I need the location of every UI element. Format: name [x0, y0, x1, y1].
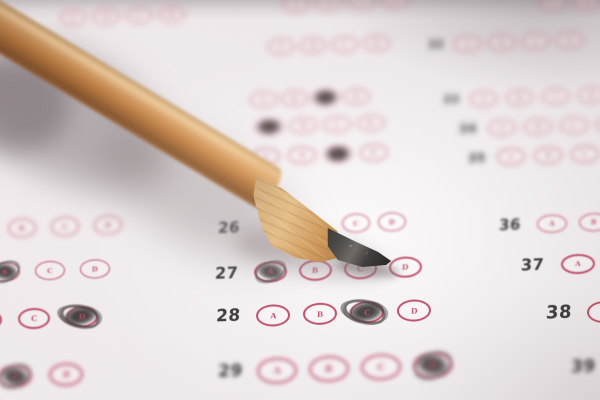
- bubble-letter: A: [273, 366, 281, 376]
- bubble-c: C: [571, 145, 600, 163]
- bubble-letter: B: [325, 364, 333, 374]
- bubble-b: B: [506, 89, 534, 106]
- bubble-b: B: [93, 8, 120, 25]
- question-number: 34: [459, 121, 477, 136]
- answer-row: ABCD: [250, 88, 370, 108]
- bubble-b-marked: B: [0, 262, 20, 282]
- bubble-letter: B: [19, 224, 25, 232]
- bubble-a: A: [540, 0, 567, 11]
- bubble-letter: C: [31, 314, 38, 323]
- answer-row: AB: [0, 363, 83, 389]
- question-number: 28: [216, 306, 242, 327]
- bubble-c: C: [51, 217, 80, 237]
- bubble-a: A: [257, 357, 298, 384]
- bubble-letter: C: [47, 267, 53, 275]
- bubble-letter: D: [368, 120, 373, 127]
- bubble-letter: D: [411, 306, 418, 315]
- bubble-letter: C: [334, 121, 339, 128]
- bubble-letter: D: [402, 263, 409, 272]
- bubble-c: C: [560, 117, 589, 134]
- bubble-letter: A: [261, 96, 266, 103]
- bubble-letter: C: [136, 12, 141, 19]
- bubble-c: C: [332, 36, 359, 53]
- bubble-letter: C: [323, 94, 328, 101]
- bubble-letter: A: [550, 0, 555, 6]
- bubble-a: A: [283, 0, 310, 12]
- bubble-letter: B: [292, 95, 297, 102]
- bubble-b: B: [289, 117, 318, 134]
- bubble-letter: B: [104, 13, 109, 20]
- bubble-letter: A: [266, 123, 271, 130]
- bubble-b: B: [316, 0, 343, 11]
- bubble-letter: B: [499, 39, 504, 46]
- bubble-letter: D: [389, 218, 395, 226]
- bubble-letter: D: [169, 11, 174, 18]
- answer-row: ABCD: [268, 35, 390, 55]
- answer-row: 33ABCD: [470, 87, 600, 108]
- answer-row: BCD: [0, 306, 98, 331]
- answer-row: AB: [540, 0, 600, 11]
- bubble-letter: B: [312, 266, 318, 275]
- bubble-c: C: [349, 0, 376, 10]
- answer-row: 35ABC: [497, 145, 600, 166]
- bubble-letter: A: [465, 40, 470, 47]
- bubble-a: A: [250, 91, 278, 108]
- bubble-d: D: [596, 116, 600, 133]
- bubble-d: D: [94, 215, 123, 235]
- bubble-b: B: [8, 218, 37, 238]
- bubble-b: B: [288, 146, 317, 164]
- answer-row: 29ABCD: [257, 352, 454, 385]
- bubble-letter: A: [293, 0, 298, 7]
- bubble-letter: B: [301, 122, 306, 129]
- bubble-d-marked: D: [66, 306, 99, 328]
- bubble-c: C: [126, 7, 153, 24]
- answer-row: ABCD: [255, 115, 385, 136]
- bubble-letter: A: [499, 125, 504, 132]
- bubble-a: A: [537, 214, 568, 233]
- question-number: 26: [218, 217, 241, 236]
- bubble-d-marked: D: [413, 352, 454, 379]
- bubble-letter: D: [92, 265, 98, 273]
- bubble-letter: C: [342, 41, 347, 48]
- bubble-letter: A: [267, 268, 274, 277]
- bubble-letter: C: [533, 38, 538, 45]
- bubble-a-marked: A: [255, 118, 284, 135]
- bubble-c: C: [522, 33, 550, 50]
- bubble-letter: B: [327, 0, 332, 6]
- bubble-c: C: [361, 353, 402, 380]
- answer-row: 34ABCD: [488, 116, 600, 137]
- answer-row: ABCD: [283, 0, 408, 12]
- bubble-d: D: [556, 32, 584, 49]
- bubble-letter: D: [589, 92, 594, 99]
- question-number: 27: [214, 263, 238, 283]
- bubble-letter: D: [374, 40, 379, 47]
- bubble-c: C: [323, 116, 352, 133]
- answer-row: BCD: [8, 215, 123, 238]
- bubble-letter: C: [359, 0, 364, 5]
- bubble-a-marked: A: [254, 261, 288, 283]
- bubble-a: A: [470, 90, 498, 107]
- bubble-d: D: [80, 259, 111, 279]
- bubble-c: C: [542, 88, 570, 105]
- bubble-letter: B: [311, 42, 316, 49]
- bubble-letter: D: [79, 313, 86, 322]
- bubble-letter: B: [300, 152, 305, 159]
- bubble-a-marked: A: [0, 364, 32, 388]
- bubble-letter: D: [105, 221, 111, 229]
- bubble-letter: B: [2, 268, 8, 276]
- bubble-letter: A: [270, 311, 277, 320]
- bubble-b: B: [49, 363, 84, 387]
- bubble-a: A: [454, 35, 482, 52]
- bubble-a: A: [561, 253, 596, 274]
- bubble-b: B: [300, 37, 327, 54]
- answer-row: 37A: [561, 253, 596, 274]
- bubble-letter: A: [549, 220, 555, 228]
- bubble-letter: B: [591, 218, 597, 226]
- bubble-letter: C: [582, 151, 587, 158]
- bubble-c-marked: C: [350, 301, 385, 324]
- bubble-a: A: [497, 148, 526, 166]
- bubble-letter: D: [371, 149, 376, 156]
- question-number: 33: [442, 93, 459, 107]
- bubble-a: A: [60, 9, 87, 26]
- bubble-a: A: [256, 304, 291, 327]
- bubble-c: C: [35, 260, 66, 280]
- question-number: 38: [545, 302, 572, 324]
- bubble-letter: D: [429, 360, 437, 370]
- bubble-letter: A: [481, 96, 486, 103]
- bubble-b: B: [524, 118, 553, 135]
- bubble-letter: B: [317, 310, 323, 319]
- answer-row: ABCD: [60, 6, 185, 26]
- bubble-letter: D: [567, 37, 572, 44]
- bubble-letter: A: [11, 372, 19, 381]
- bubble-letter: C: [377, 362, 385, 372]
- bubble-a: A: [587, 300, 600, 323]
- bubble-b: B: [309, 355, 350, 382]
- bubble-letter: A: [278, 43, 283, 50]
- bubble-b: B: [488, 34, 516, 51]
- bubble-d: D: [382, 0, 409, 9]
- answer-row: 36AB: [537, 213, 600, 234]
- bubble-letter: B: [536, 123, 541, 130]
- bubble-letter: A: [575, 260, 581, 268]
- bubble-letter: B: [546, 152, 551, 159]
- bubble-letter: C: [553, 93, 558, 100]
- bubble-d: D: [364, 35, 391, 52]
- question-number: 29: [218, 361, 244, 382]
- bubble-letter: B: [517, 94, 522, 101]
- bubble-c-marked: C: [324, 145, 353, 163]
- bubble-letter: B: [585, 0, 590, 5]
- bubble-letter: A: [70, 14, 75, 21]
- bubble-b: B: [303, 302, 338, 325]
- bubble-d: D: [360, 144, 389, 162]
- bubble-letter: B: [62, 370, 69, 379]
- bubble-letter: D: [354, 93, 359, 100]
- bubble-letter: C: [62, 223, 68, 231]
- bubble-letter: C: [335, 151, 340, 158]
- answer-row: BCD: [0, 259, 110, 282]
- answer-row: 28ABCD: [256, 299, 432, 327]
- question-number: 35: [468, 150, 486, 165]
- bubble-b: B: [0, 309, 2, 331]
- bubble-d: D: [578, 87, 600, 104]
- bubble-c: C: [18, 307, 51, 329]
- answer-row: 38A: [587, 300, 600, 323]
- bubble-letter: C: [571, 122, 576, 129]
- bubble-b: B: [281, 90, 309, 107]
- question-number: 37: [520, 255, 544, 275]
- question-number: 32: [427, 38, 444, 52]
- answer-sheet-photo: BCDBCDBCDABABCDABCDABCDABCDABCDABCD26CD2…: [0, 0, 600, 400]
- bubble-letter: D: [392, 0, 397, 4]
- bubble-letter: A: [508, 153, 513, 160]
- bubble-d: D: [343, 88, 371, 105]
- bubble-b: B: [299, 259, 333, 281]
- answer-row: 32ABCD: [454, 32, 583, 52]
- bubble-b: B: [534, 147, 563, 165]
- question-number: 39: [571, 357, 597, 378]
- bubble-b: B: [574, 0, 600, 10]
- bubble-b: B: [579, 213, 600, 232]
- bubble-d: D: [397, 299, 432, 322]
- bubble-a: A: [488, 119, 517, 136]
- bubble-a: A: [268, 38, 295, 55]
- bubble-c-marked: C: [312, 89, 340, 106]
- question-number: 36: [499, 215, 522, 234]
- bubble-d: D: [159, 6, 186, 23]
- bubble-letter: C: [364, 308, 371, 317]
- bubble-d: D: [357, 115, 386, 132]
